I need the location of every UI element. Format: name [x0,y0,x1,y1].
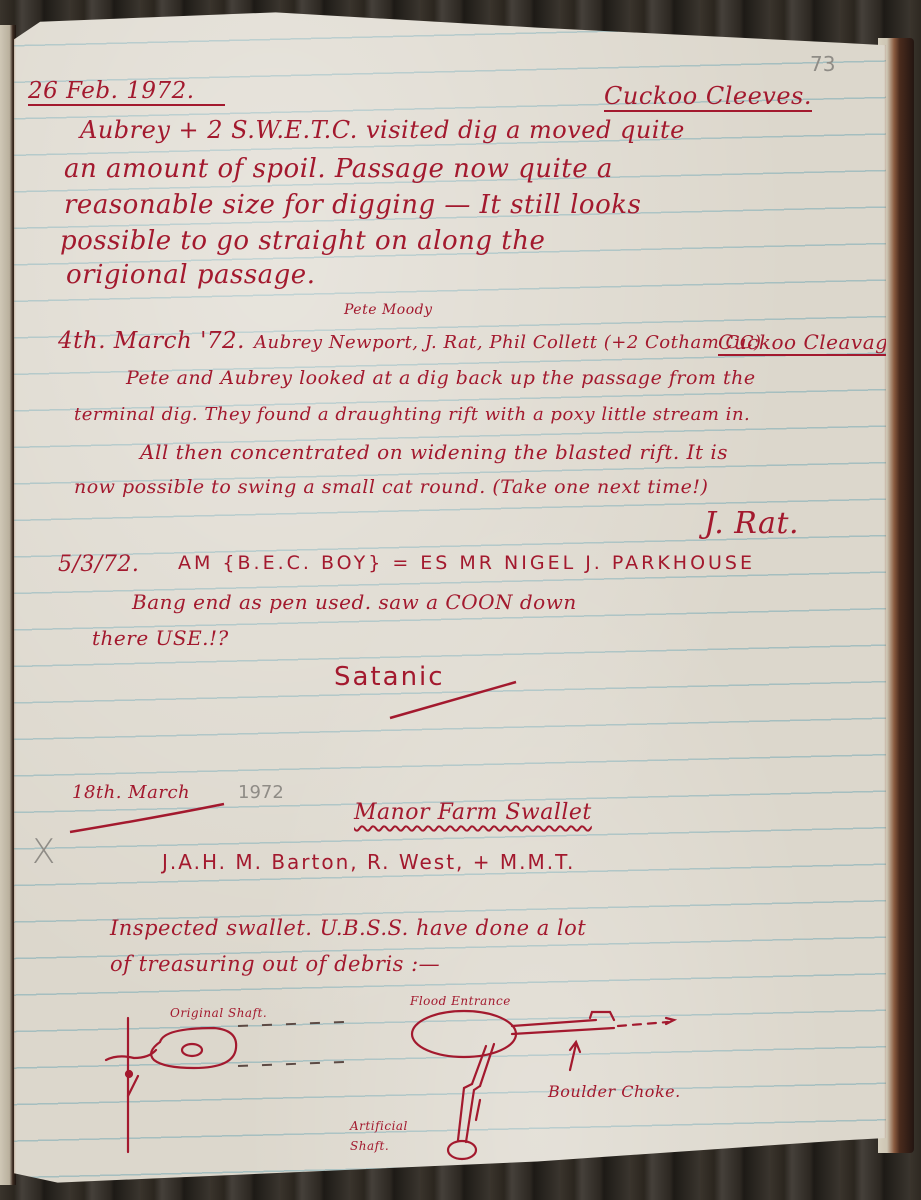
sketch-label-boulder-choke: Boulder Choke. [548,1082,681,1101]
sketch-label-artificial-shaft: Artificial Shaft. [350,1116,410,1156]
notebook-page: 73 26 Feb. 1972. Cuckoo Cleeves. Aubrey … [14,10,886,1185]
cave-sketch-diagram [14,10,886,1185]
sketch-label-flood-entrance: Flood Entrance [410,994,511,1008]
sketch-label-original-shaft: Original Shaft. [170,1006,267,1020]
book-spine [0,25,16,1185]
